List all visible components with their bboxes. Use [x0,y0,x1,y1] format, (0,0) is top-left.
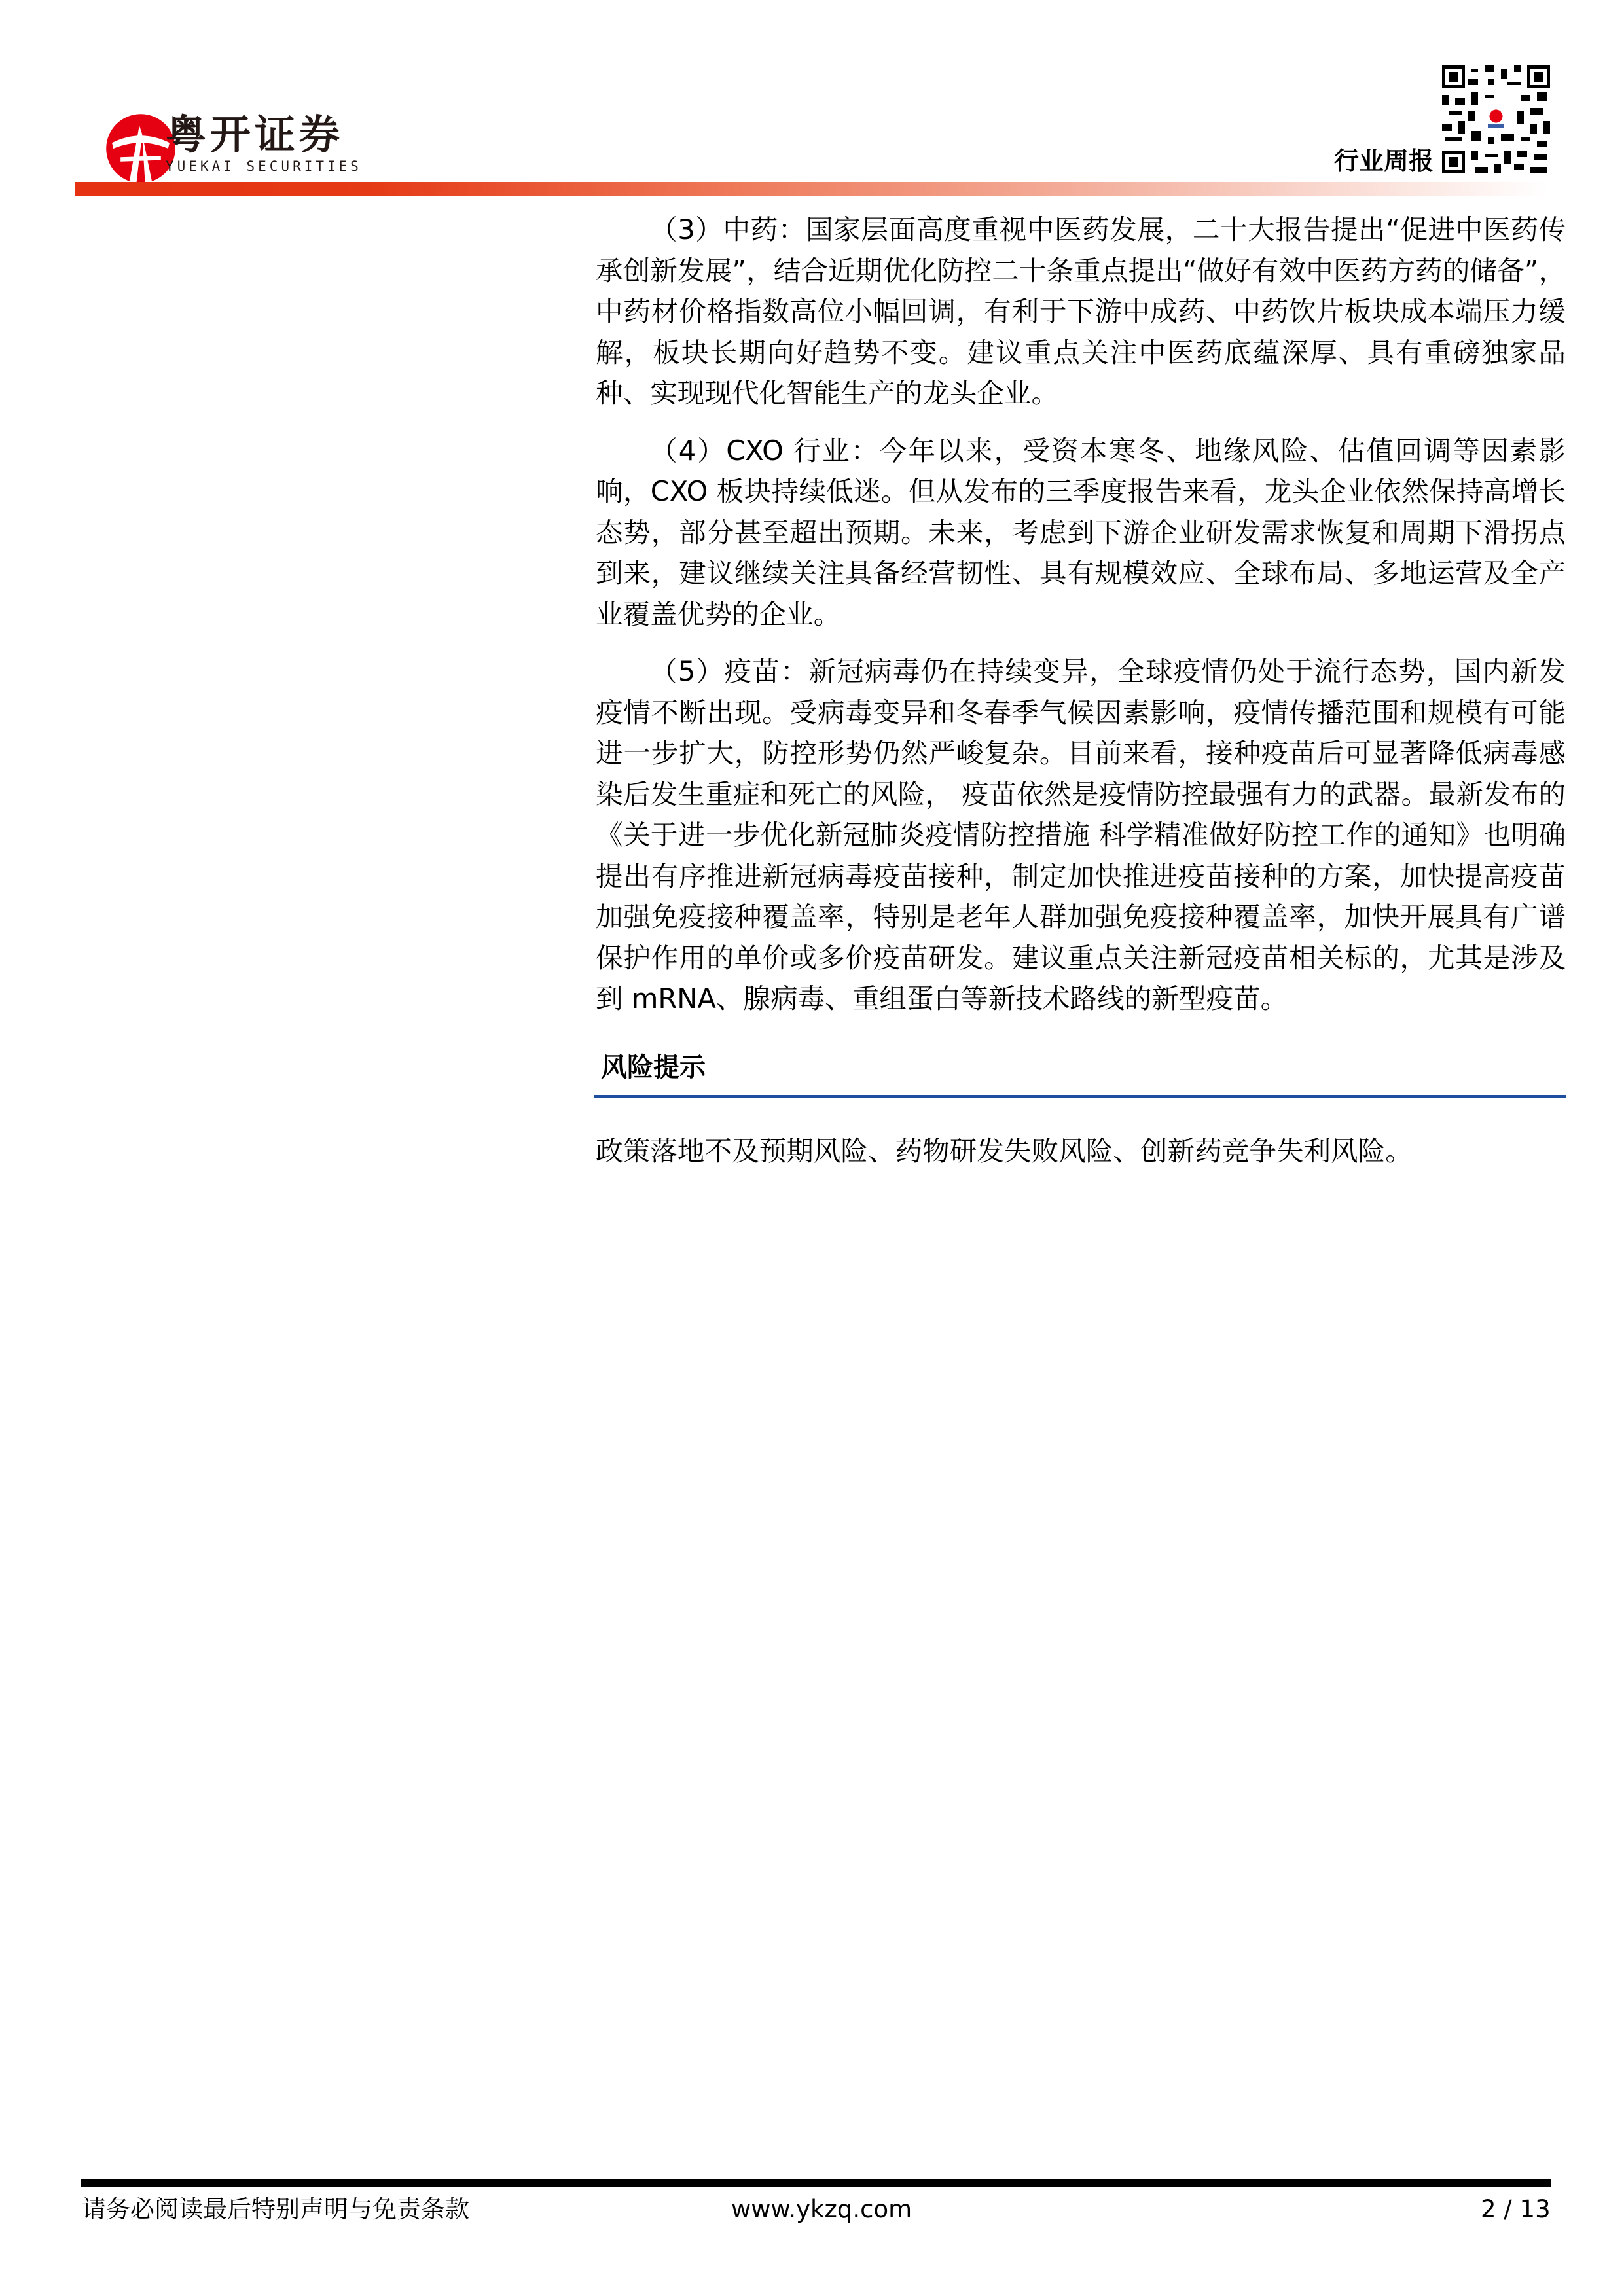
qr-code-icon [1442,65,1550,173]
brand-name-cn: 粤开证券 [166,111,344,158]
footer-website-link[interactable]: www.ykzq.com [731,2194,912,2225]
paragraph-tcm: （3）中药：国家层面高度重视中医药发展，二十大报告提出“促进中医药传承创新发展”… [596,209,1566,414]
header-gradient-bar [75,182,1548,196]
risk-section-title: 风险提示 [601,1050,706,1085]
report-type-label: 行业周报 [1334,147,1434,175]
risk-section-text: 政策落地不及预期风险、药物研发失败风险、创新药竞争失利风险。 [596,1134,1413,1168]
section-divider [594,1095,1566,1098]
brand-name-en: YUEKAI SECURITIES [166,158,362,174]
report-body: （3）中药：国家层面高度重视中医药发展，二十大报告提出“促进中医药传承创新发展”… [596,209,1566,1036]
paragraph-vaccine: （5）疫苗：新冠病毒仍在持续变异，全球疫情仍处于流行态势，国内新发疫情不断出现。… [596,651,1566,1020]
footer-disclaimer: 请务必阅读最后特别声明与免责条款 [82,2194,469,2225]
paragraph-cxo: （4）CXO 行业：今年以来，受资本寒冬、地缘风险、估值回调等因素影响，CXO … [596,431,1566,636]
footer-rule [81,2179,1551,2187]
page-number: 2 / 13 [1481,2194,1551,2225]
